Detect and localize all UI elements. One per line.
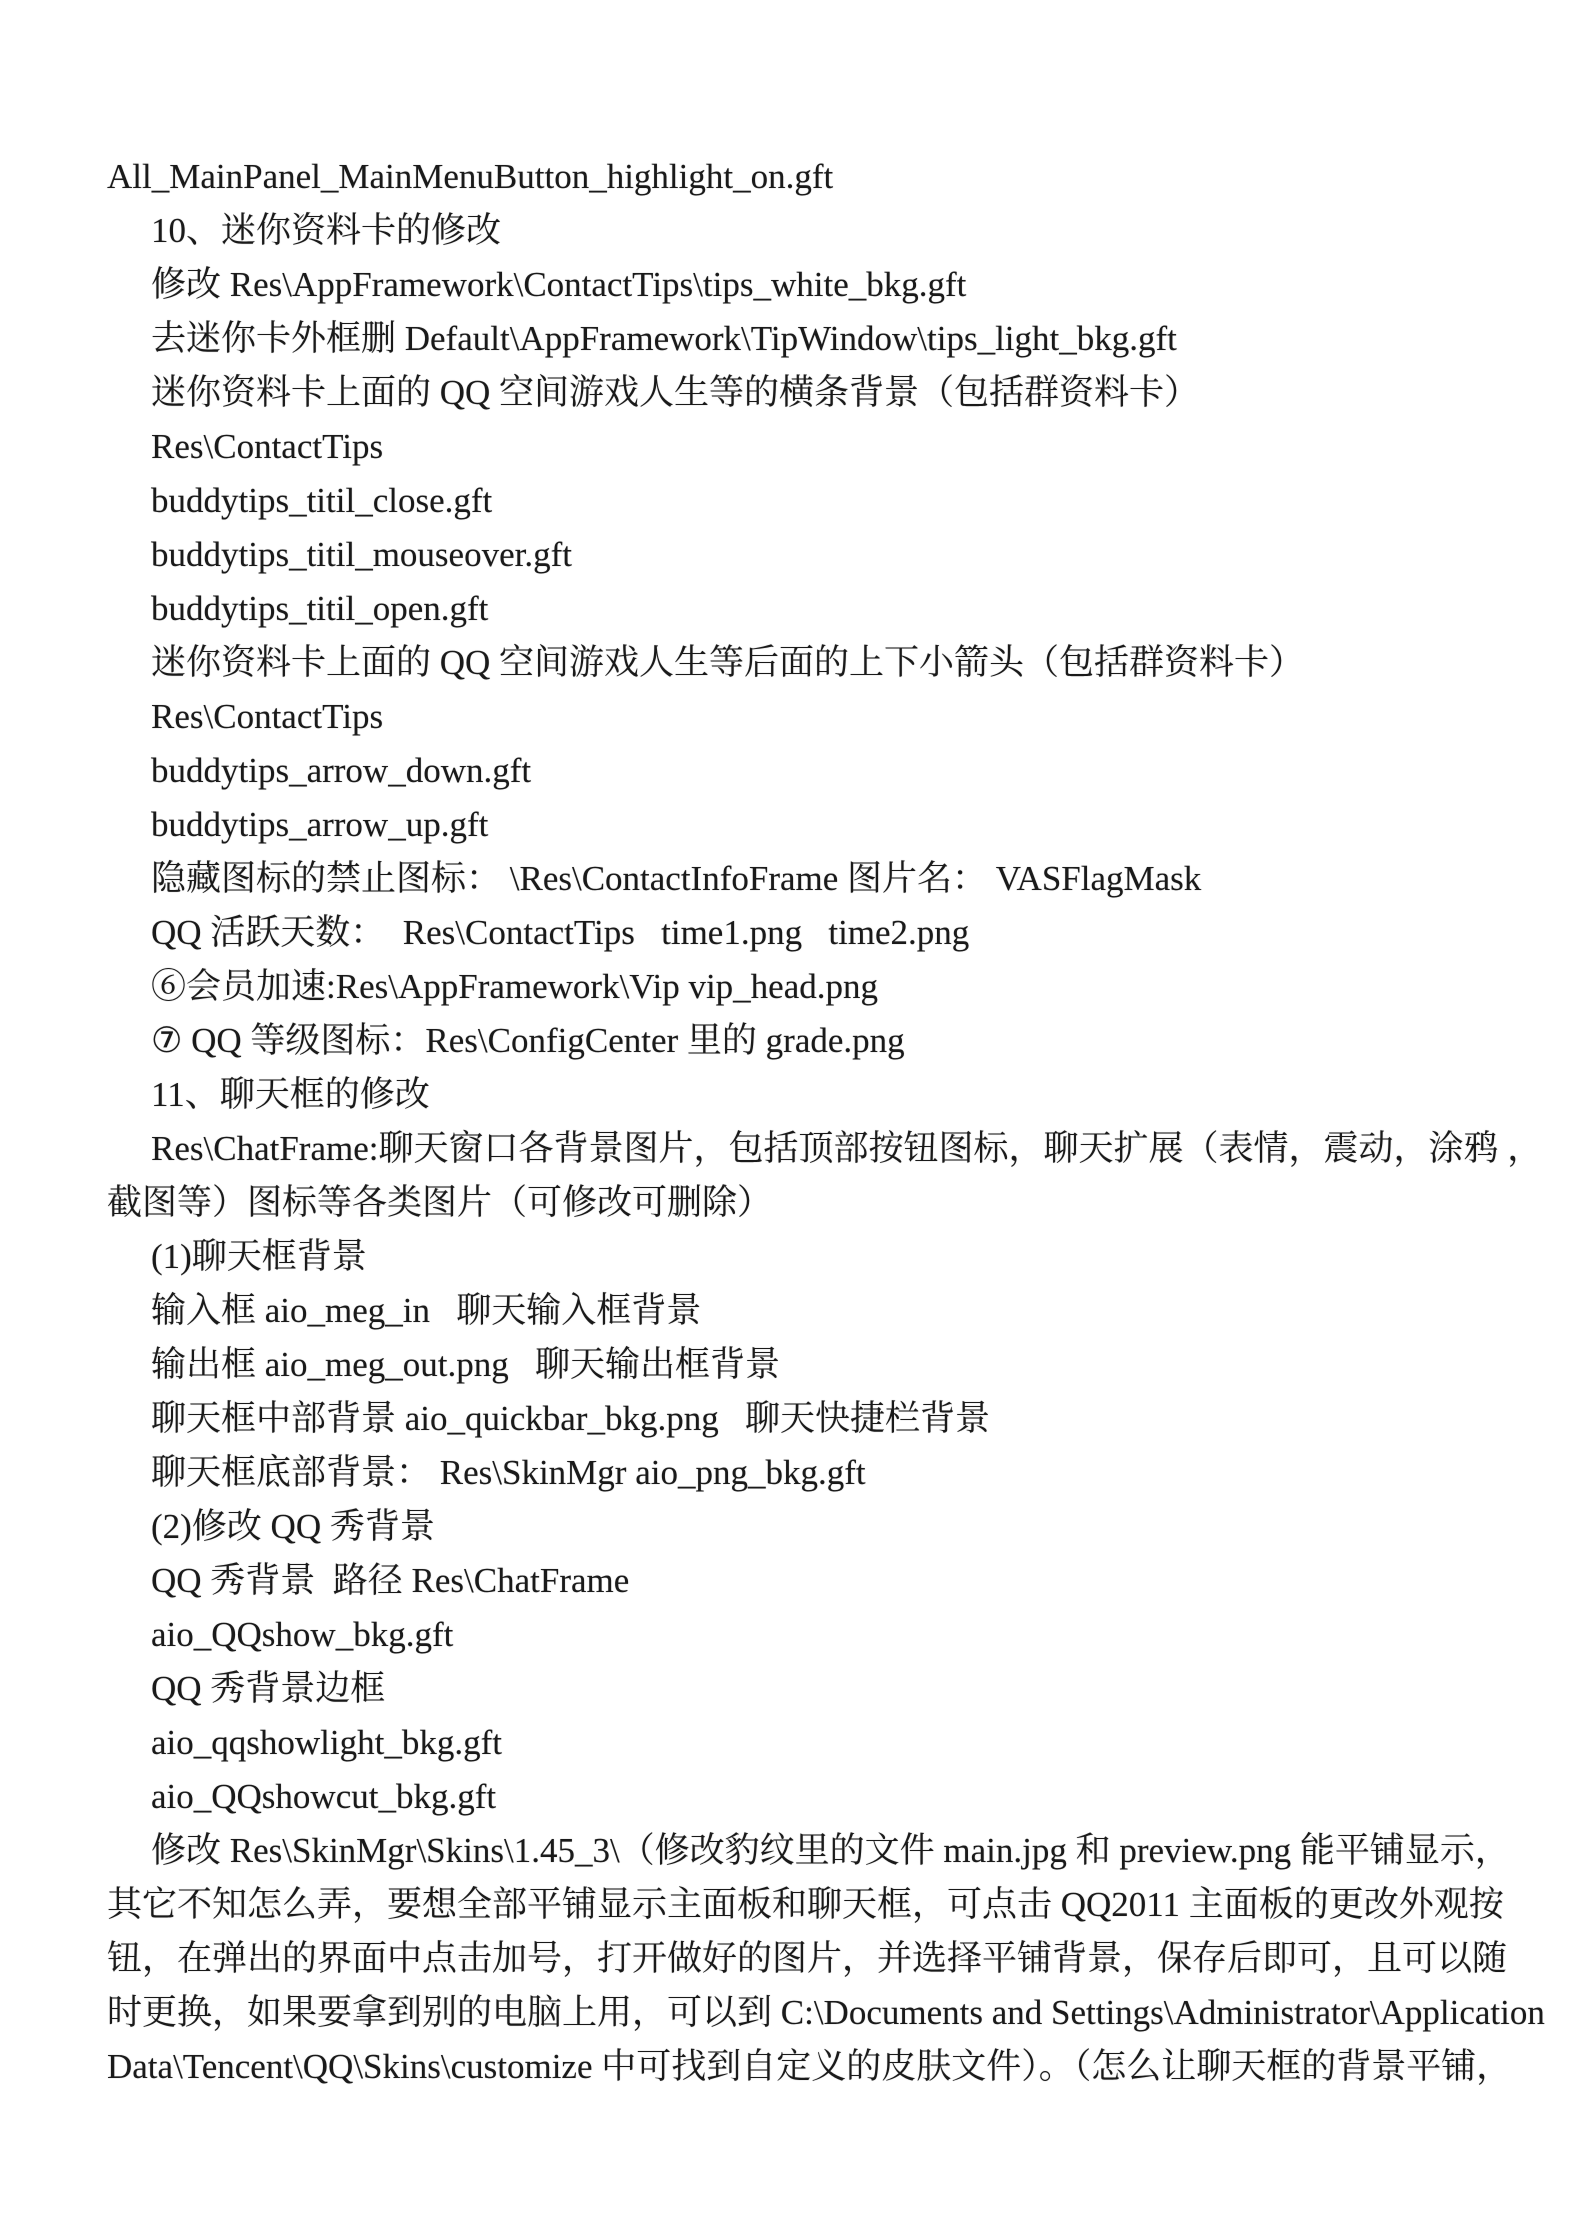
text-line: Res\ContactTips <box>107 420 1484 474</box>
text-line: ⑦ QQ 等级图标：Res\ConfigCenter 里的 grade.png <box>107 1014 1484 1068</box>
text-line: Res\ChatFrame:聊天窗口各背景图片，包括顶部按钮图标，聊天扩展（表情… <box>107 1122 1484 1176</box>
text-line: Res\ContactTips <box>107 690 1484 744</box>
text-line: QQ 秀背景边框 <box>107 1662 1484 1716</box>
text-line: Data\Tencent\QQ\Skins\customize 中可找到自定义的… <box>107 2040 1484 2094</box>
text-line: 迷你资料卡上面的 QQ 空间游戏人生等后面的上下小箭头（包括群资料卡） <box>107 636 1484 690</box>
text-line: buddytips_arrow_up.gft <box>107 798 1484 852</box>
text-line: buddytips_arrow_down.gft <box>107 744 1484 798</box>
text-line: QQ 活跃天数： Res\ContactTips time1.png time2… <box>107 906 1484 960</box>
text-line: buddytips_titil_open.gft <box>107 582 1484 636</box>
text-line: 11、聊天框的修改 <box>107 1068 1484 1122</box>
text-line: 10、迷你资料卡的修改 <box>107 204 1484 258</box>
text-line: (1)聊天框背景 <box>107 1230 1484 1284</box>
text-line: aio_QQshow_bkg.gft <box>107 1608 1484 1662</box>
text-line: 去迷你卡外框删 Default\AppFramework\TipWindow\t… <box>107 312 1484 366</box>
text-line: 聊天框底部背景： Res\SkinMgr aio_png_bkg.gft <box>107 1446 1484 1500</box>
text-line: buddytips_titil_mouseover.gft <box>107 528 1484 582</box>
text-line: buddytips_titil_close.gft <box>107 474 1484 528</box>
text-line: 钮，在弹出的界面中点击加号，打开做好的图片，并选择平铺背景，保存后即可，且可以随 <box>107 1932 1484 1986</box>
text-line: QQ 秀背景 路径 Res\ChatFrame <box>107 1554 1484 1608</box>
document-page: All_MainPanel_MainMenuButton_highlight_o… <box>0 0 1584 2240</box>
text-line: All_MainPanel_MainMenuButton_highlight_o… <box>107 150 1484 204</box>
text-line: (2)修改 QQ 秀背景 <box>107 1500 1484 1554</box>
text-line: 修改 Res\AppFramework\ContactTips\tips_whi… <box>107 258 1484 312</box>
text-line: 其它不知怎么弄，要想全部平铺显示主面板和聊天框，可点击 QQ2011 主面板的更… <box>107 1878 1484 1932</box>
text-line: 截图等）图标等各类图片（可修改可删除） <box>107 1176 1484 1230</box>
text-line: ⑥会员加速:Res\AppFramework\Vip vip_head.png <box>107 960 1484 1014</box>
text-line: 输出框 aio_meg_out.png 聊天输出框背景 <box>107 1338 1484 1392</box>
text-line: aio_QQshowcut_bkg.gft <box>107 1770 1484 1824</box>
text-line: 聊天框中部背景 aio_quickbar_bkg.png 聊天快捷栏背景 <box>107 1392 1484 1446</box>
text-line: 修改 Res\SkinMgr\Skins\1.45_3\（修改豹纹里的文件 ma… <box>107 1824 1484 1878</box>
document-text-block: All_MainPanel_MainMenuButton_highlight_o… <box>107 150 1484 2094</box>
text-line: 迷你资料卡上面的 QQ 空间游戏人生等的横条背景（包括群资料卡） <box>107 366 1484 420</box>
text-line: aio_qqshowlight_bkg.gft <box>107 1716 1484 1770</box>
text-line: 时更换，如果要拿到别的电脑上用，可以到 C:\Documents and Set… <box>107 1986 1484 2040</box>
text-line: 隐藏图标的禁止图标： \Res\ContactInfoFrame 图片名： VA… <box>107 852 1484 906</box>
text-line: 输入框 aio_meg_in 聊天输入框背景 <box>107 1284 1484 1338</box>
